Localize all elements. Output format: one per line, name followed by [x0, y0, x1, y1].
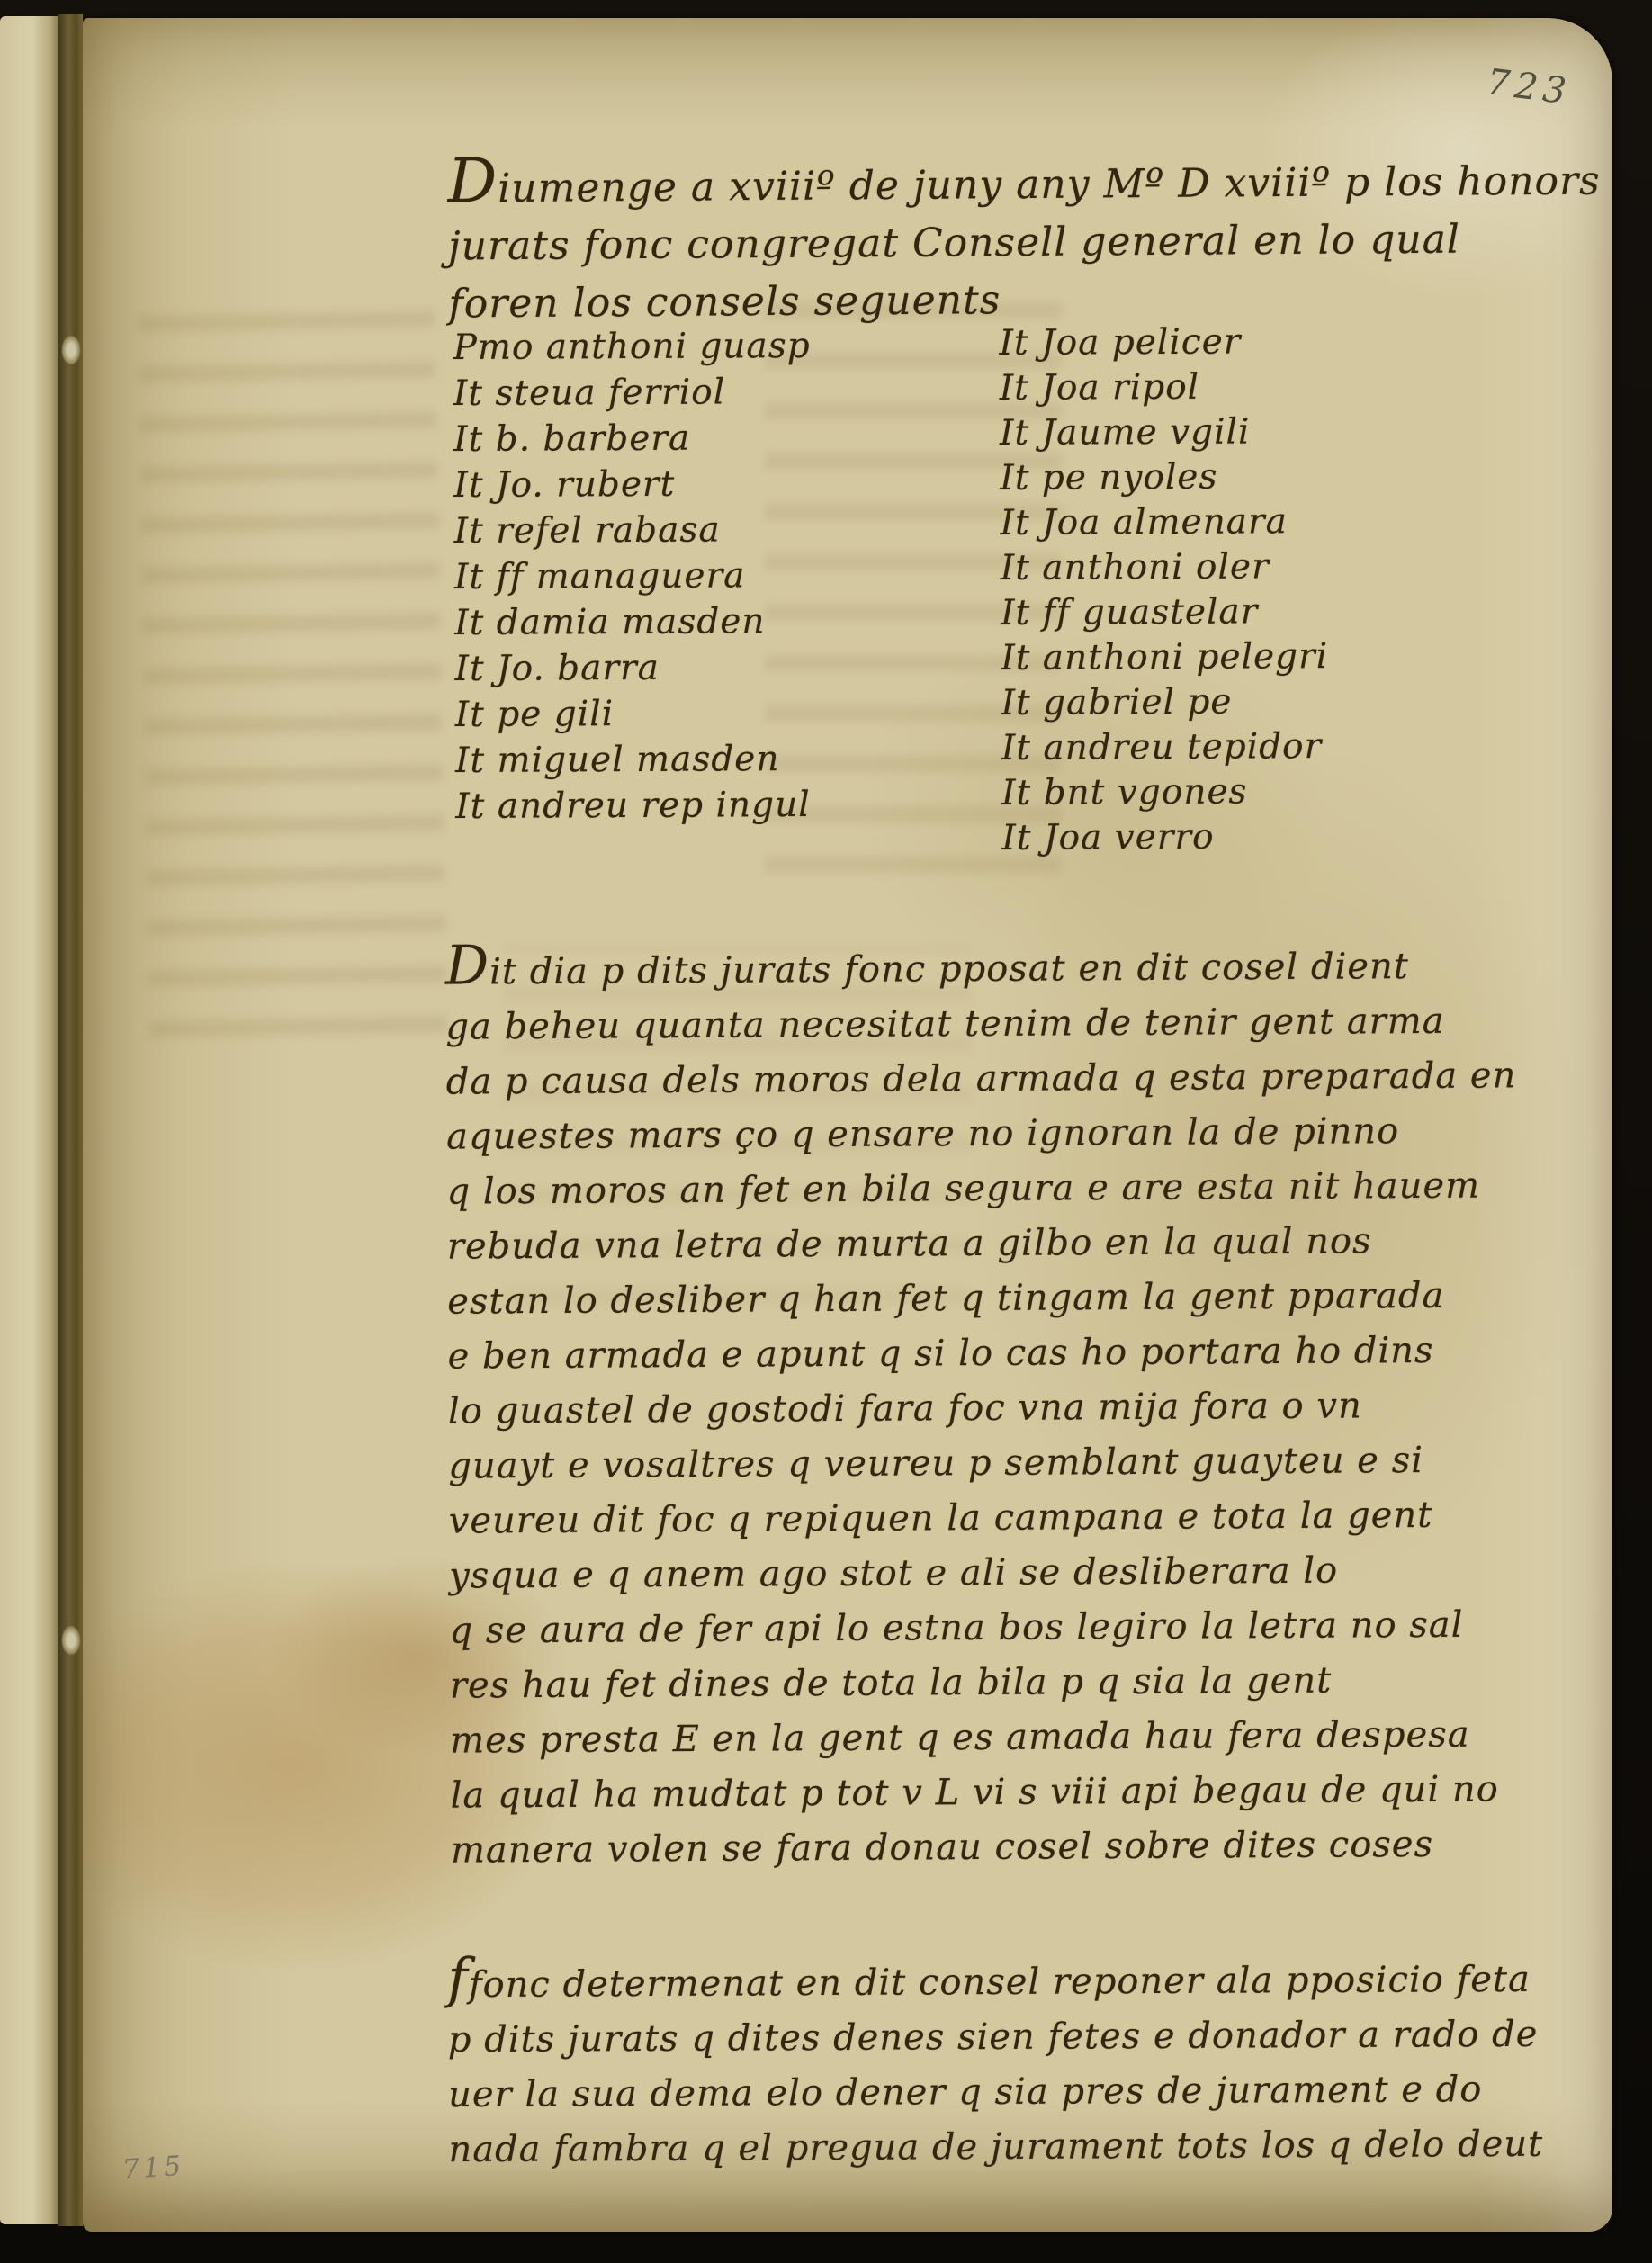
binding-stitch [61, 1625, 81, 1656]
list-item: It anthoni oler [1001, 544, 1328, 591]
binding-stitch [61, 335, 81, 365]
text-line: ysqua e q anem ago stot e ali se deslibe… [449, 1542, 1520, 1603]
list-item: It Jo. rubert [453, 461, 811, 508]
list-item: It Joa pelicer [999, 319, 1326, 366]
text-line: lo guastel de gostodi fara foc vna mija … [448, 1378, 1519, 1439]
heading-line: Diumenge a xviiiº de juny any Mº D xviii… [447, 146, 1601, 219]
list-item: It damia masden [454, 598, 812, 646]
pencil-foliation-number: 715 [121, 2151, 186, 2187]
list-item: It andreu tepidor [1001, 724, 1329, 771]
text-line: uer la sua dema elo dener q sia pres de … [448, 2062, 1543, 2123]
list-item: It anthoni pelegri [1001, 634, 1328, 681]
text-line: veureu dit foc q repiquen la campana e t… [449, 1487, 1520, 1549]
heading-line: jurats fonc congregat Consell general en… [448, 211, 1601, 276]
council-list-left-column: Pmo anthoni guasp It steua ferriol It b.… [453, 323, 813, 830]
text-line: aquestes mars ço q ensare no ignoran la … [446, 1103, 1517, 1164]
list-item: It bnt vgones [1001, 769, 1329, 816]
list-item: It Jaume vgili [1000, 409, 1327, 456]
list-item: It ff guastelar [1001, 589, 1328, 636]
list-item: It Joa verro [1001, 814, 1329, 861]
list-item: It miguel masden [455, 736, 813, 784]
text-line: nada fambra q el pregua de jurament tots… [448, 2117, 1543, 2178]
council-list-right-column: It Joa pelicer It Joa ripol It Jaume vgi… [999, 319, 1329, 861]
paragraph-resolution: ffonc determenat en dit consel reponer a… [447, 1946, 1543, 2178]
paragraph-proposal: Dit dia p dits jurats fonc pposat en dit… [445, 932, 1522, 1878]
previous-page-edge [0, 16, 58, 2224]
text-line: manera volen se fara donau cosel sobre d… [451, 1817, 1522, 1878]
list-item: It andreu rep ingul [455, 782, 813, 830]
list-item: It steua ferriol [453, 369, 811, 417]
text-line: Dit dia p dits jurats fonc pposat en dit… [445, 932, 1516, 1000]
list-item: It gabriel pe [1001, 679, 1329, 726]
text-line: ffonc determenat en dit consel reponer a… [447, 1946, 1542, 2013]
text-line: ga beheu quanta necesitat tenim de tenir… [445, 993, 1516, 1055]
list-item: It Joa ripol [1000, 364, 1327, 411]
text-line: p dits jurats q dites denes sien fetes e… [448, 2007, 1543, 2068]
list-item: It ff managuera [454, 552, 812, 600]
text-line: guayt e vosaltres q veureu p semblant gu… [448, 1432, 1519, 1494]
text-line: res hau fet dines de tota la bila p q si… [450, 1652, 1521, 1713]
text-line: rebuda vna letra de murta a gilbo en la … [447, 1213, 1518, 1274]
heading: Diumenge a xviiiº de juny any Mº D xviii… [447, 146, 1601, 334]
manuscript-photo: 723 Diumenge a xviiiº de juny any Mº D x… [0, 0, 1652, 2263]
text-line: e ben armada e apunt q si lo cas ho port… [447, 1323, 1518, 1384]
text-line: q se aura de fer api lo estna bos legiro… [449, 1597, 1520, 1658]
list-item: It pe nyoles [1000, 454, 1327, 501]
text-line: la qual ha mudtat p tot v L vi s viii ap… [450, 1762, 1521, 1823]
list-item: It Jo. barra [454, 644, 812, 692]
list-item: It Joa almenara [1000, 499, 1327, 546]
text-line: q los moros an fet en bila segura e are … [446, 1158, 1517, 1219]
list-item: It refel rabasa [454, 507, 812, 554]
text-line: estan lo desliber q han fet q tingam la … [447, 1268, 1518, 1329]
list-item: It b. barbera [453, 415, 811, 462]
list-item: It pe gili [455, 690, 813, 738]
text-line: da p causa dels moros dela armada q esta… [446, 1048, 1517, 1109]
list-item: Pmo anthoni guasp [453, 323, 811, 371]
text-line: mes presta E en la gent q es amada hau f… [450, 1707, 1521, 1768]
